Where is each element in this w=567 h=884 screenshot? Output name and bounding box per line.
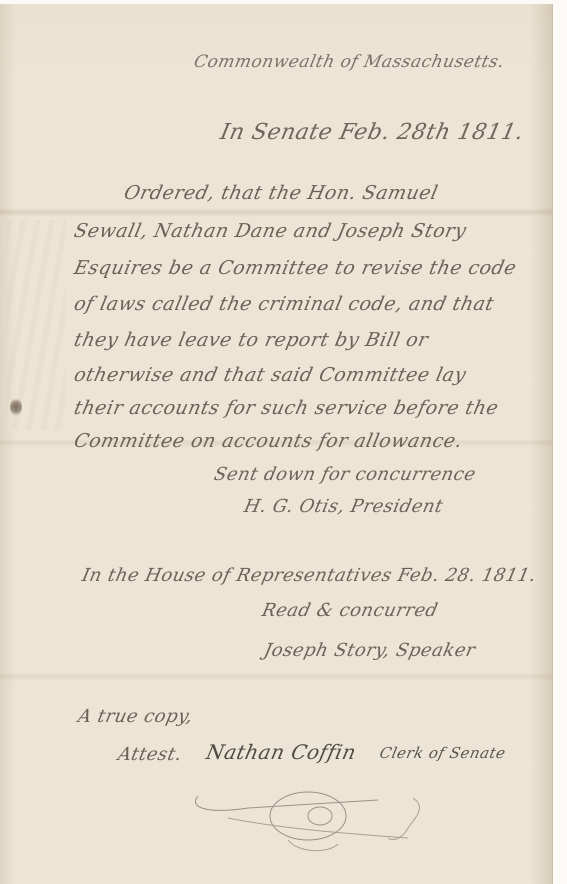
house-action: Read & concurred [260,600,440,621]
order-line-4: of laws called the criminal code, and th… [72,293,496,315]
order-line-7: their accounts for such service before t… [72,397,501,419]
order-line-3: Esquires be a Committee to revise the co… [72,257,519,279]
document-heading: Commonwealth of Massachusetts. [192,52,506,72]
order-line-6: otherwise and that said Committee lay [72,364,468,386]
house-endorsement: In the House of Representatives Feb. 28.… [80,565,538,586]
order-line-8: Committee on accounts for allowance. [72,430,465,452]
clerk-signature: Nathan Coffin [204,740,359,764]
order-line-5: they have leave to report by Bill or [72,329,430,351]
signature-flourish-icon [188,778,428,858]
dateline: In Senate Feb. 28th 1811. [218,120,526,145]
clerk-title: Clerk of Senate [378,744,508,762]
copy-note: A true copy, [76,706,195,727]
senate-endorsement: Sent down for concurrence [212,464,478,485]
ink-stain [10,398,22,416]
order-line-2: Sewall, Nathan Dane and Joseph Story [72,220,468,242]
attest-label: Attest. [116,744,184,765]
house-speaker-signature: Joseph Story, Speaker [262,640,477,661]
senate-president-signature: H. G. Otis, President [242,496,445,517]
order-line-1: Ordered, that the Hon. Samuel [122,182,440,204]
